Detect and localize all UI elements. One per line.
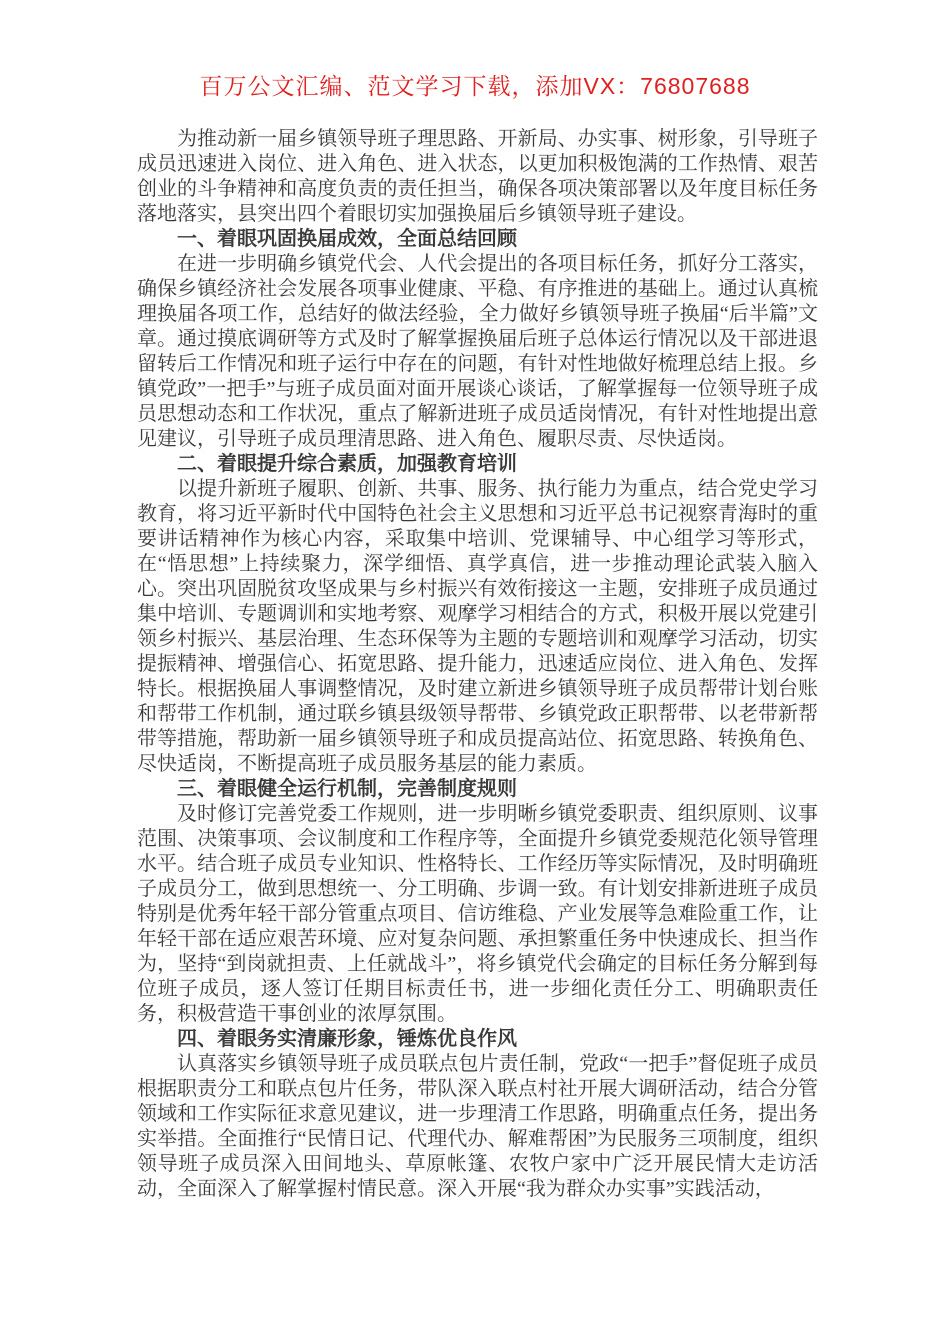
- body-paragraph: 认真落实乡镇领导班子成员联点包片责任制，党政“一把手”督促班子成员根据职责分工和…: [137, 1052, 818, 1202]
- document-body: 为推动新一届乡镇领导班子理思路、开新局、办实事、树形象，引导班子成员迅速进入岗位…: [137, 127, 818, 1202]
- body-paragraph: 在进一步明确乡镇党代会、人代会提出的各项目标任务，抓好分工落实，确保乡镇经济社会…: [137, 252, 818, 452]
- body-paragraph: 及时修订完善党委工作规则，进一步明晰乡镇党委职责、组织原则、议事范围、决策事项、…: [137, 802, 818, 1027]
- section-heading: 一、着眼巩固换届成效，全面总结回顾: [137, 227, 818, 252]
- section-heading: 三、着眼健全运行机制，完善制度规则: [137, 777, 818, 802]
- promo-banner: 百万公文汇编、范文学习下载，添加VX：76807688: [0, 68, 950, 101]
- body-paragraph: 为推动新一届乡镇领导班子理思路、开新局、办实事、树形象，引导班子成员迅速进入岗位…: [137, 127, 818, 227]
- section-heading: 二、着眼提升综合素质，加强教育培训: [137, 452, 818, 477]
- section-heading: 四、着眼务实清廉形象，锤炼优良作风: [137, 1027, 818, 1052]
- body-paragraph: 以提升新班子履职、创新、共事、服务、执行能力为重点，结合党史学习教育，将习近平新…: [137, 477, 818, 777]
- document-page: 百万公文汇编、范文学习下载，添加VX：76807688 为推动新一届乡镇领导班子…: [0, 0, 950, 1344]
